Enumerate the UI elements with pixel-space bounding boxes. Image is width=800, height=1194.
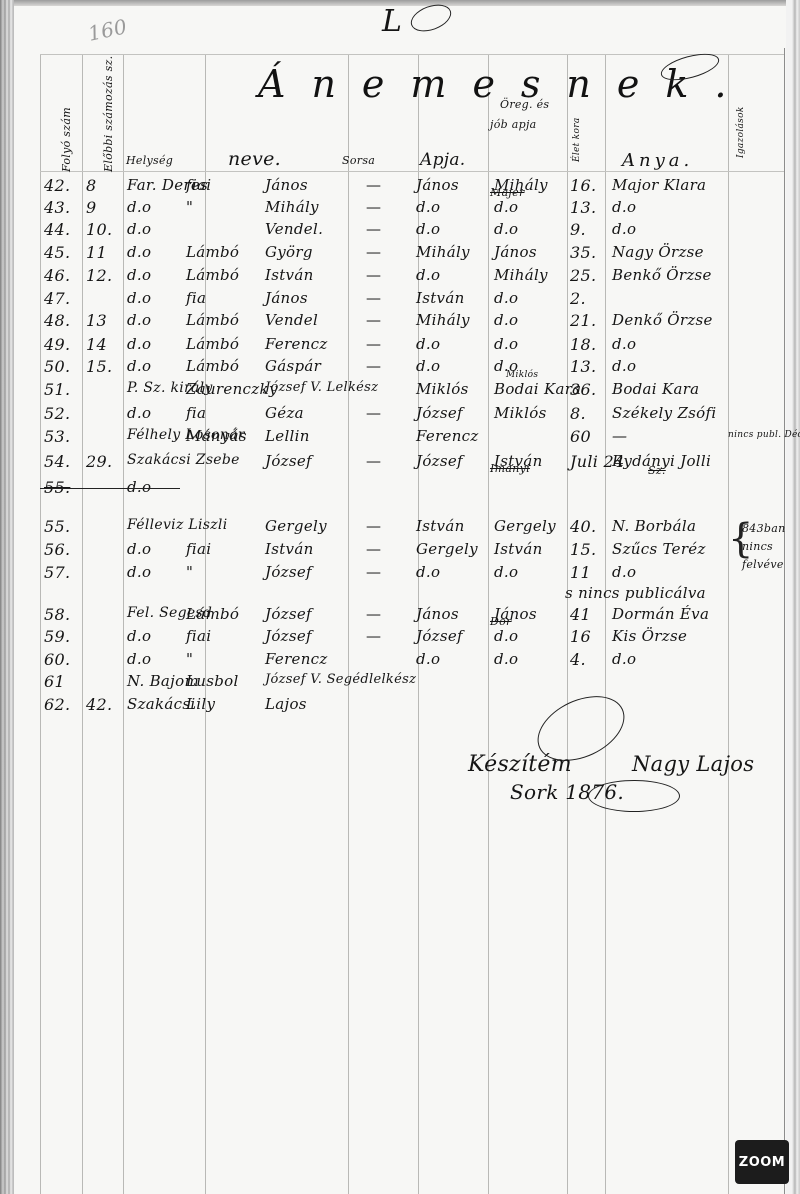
header-oreg-line2: jób apja	[490, 118, 537, 131]
rule-line	[123, 54, 124, 1194]
row-no: 60.	[44, 650, 70, 669]
row-place: d.o	[127, 357, 151, 375]
row-given: József	[265, 627, 312, 645]
row-apja: d.o	[416, 220, 440, 238]
row-given: István	[265, 540, 314, 558]
rule-line	[488, 54, 489, 1194]
margin-note-843-2: nincs	[742, 540, 773, 553]
row-apja: József	[416, 452, 463, 470]
row-sorsa: —	[366, 335, 381, 353]
row-prev: 8	[86, 176, 96, 195]
row-prev: 13	[86, 311, 107, 330]
rule-line	[205, 54, 206, 1194]
row-place: d.o	[127, 563, 151, 581]
row-age: 40.	[570, 517, 596, 536]
row-rel: Zaurenczky	[186, 380, 278, 398]
row-given: Géza	[265, 404, 304, 422]
row-oreg: d.o	[494, 627, 518, 645]
header-elobbi-szam: Előbbi számozás sz.	[102, 56, 115, 172]
row-oreg: d.o	[494, 311, 518, 329]
row-prev: 12.	[86, 266, 112, 285]
row-age: 16.	[570, 176, 596, 195]
header-oreg-line1: Öreg. és	[500, 98, 549, 111]
row-sorsa: —	[366, 266, 381, 284]
row-place: d.o	[127, 335, 151, 353]
row-sorsa: —	[366, 311, 381, 329]
row-oreg: d.o	[494, 563, 518, 581]
margin-note-843-3: felvéve	[742, 558, 784, 571]
row-rel: fia	[186, 404, 206, 422]
row-rel: "	[186, 198, 193, 216]
row-place: d.o	[127, 650, 151, 668]
row-apja: Mihály	[416, 243, 470, 261]
row-rel: "	[186, 563, 193, 581]
row-given: József V. Segédlelkész	[265, 672, 416, 687]
row-age: 15.	[570, 540, 596, 559]
row-sorsa: —	[366, 517, 381, 535]
signature-kesziteм: Készítém	[468, 752, 572, 777]
row-rel: Lámbó	[186, 357, 239, 375]
row-no: 57.	[44, 563, 70, 582]
row-margin-note: nincs publ. Dédről	[728, 430, 800, 440]
row-place: d.o	[127, 266, 151, 284]
row-sorsa: —	[366, 357, 381, 375]
row-sorsa: —	[366, 404, 381, 422]
margin-note-843-1: 843ban	[742, 522, 785, 535]
row-age: 2.	[570, 289, 586, 308]
row-rel: fia	[186, 289, 206, 307]
row-anya: Szűcs Teréz	[612, 540, 706, 558]
row-no: 43.	[44, 198, 70, 217]
book-binding	[0, 0, 14, 1194]
row-given: Gergely	[265, 517, 327, 535]
row-anya: Székely Zsófi	[612, 404, 716, 422]
row-oreg: Gergely	[494, 517, 556, 535]
row-no: 53.	[44, 427, 70, 446]
row-anya: Dormán Éva	[612, 605, 709, 623]
row-apja: d.o	[416, 563, 440, 581]
row-no: 42.	[44, 176, 70, 195]
row-apja: Mihály	[416, 311, 470, 329]
row-apja: Ferencz	[416, 427, 479, 445]
row-rel: Lusbol	[186, 672, 239, 690]
row-oreg: d.o	[494, 198, 518, 216]
row-place: Félleviz Liszli	[127, 517, 227, 533]
row-apja: István	[416, 289, 465, 307]
row-oreg: István	[494, 540, 543, 558]
top-flourish-letter: L	[382, 4, 402, 39]
row-anya: d.o	[612, 357, 636, 375]
row-sorsa: —	[366, 563, 381, 581]
row-anya: d.o	[612, 650, 636, 668]
row-apja: János	[416, 605, 459, 623]
row-apja: József	[416, 627, 463, 645]
row-given: Ferencz	[265, 335, 328, 353]
row-age: 60	[570, 427, 591, 446]
row-place: d.o	[127, 289, 151, 307]
row-age: 4.	[570, 650, 586, 669]
row-prev: 42.	[86, 695, 112, 714]
row-rel: Lámbó	[186, 266, 239, 284]
row-rel: Mányás	[186, 427, 247, 445]
row-sorsa: —	[366, 176, 381, 194]
row-age: 8.	[570, 404, 586, 423]
row-given: János	[265, 289, 308, 307]
row-given: József	[265, 605, 312, 623]
row-given: József	[265, 452, 312, 470]
row-anya: d.o	[612, 335, 636, 353]
row-sorsa: —	[366, 452, 381, 470]
row-rel: Lámbó	[186, 605, 239, 623]
rule-line	[567, 54, 568, 1194]
row-place: d.o	[127, 540, 151, 558]
row-apja: d.o	[416, 335, 440, 353]
row-sorsa: —	[366, 220, 381, 238]
row-given: Mihály	[265, 198, 319, 216]
row-rel: Lily	[186, 695, 215, 713]
strike-line	[40, 488, 180, 489]
row-sorsa: —	[366, 605, 381, 623]
row-place: d.o	[127, 198, 151, 216]
row-no: 62.	[44, 695, 70, 714]
row-anya: d.o	[612, 220, 636, 238]
header-eletkora: Élet kora	[572, 118, 582, 163]
row-no: 51.	[44, 380, 70, 399]
row-apja: Gergely	[416, 540, 478, 558]
row-no: 56.	[44, 540, 70, 559]
row-apja: d.o	[416, 198, 440, 216]
page-edge	[786, 0, 800, 1194]
row-sorsa: —	[366, 289, 381, 307]
row-place: d.o	[127, 243, 151, 261]
margin-note-not-published: s nincs publicálva	[565, 584, 706, 602]
row-given: Györg	[265, 243, 313, 261]
row-anya: Kis Örzse	[612, 627, 687, 645]
row-given: József V. Lelkész	[265, 380, 378, 395]
header-anya: Anya.	[622, 150, 693, 171]
row-no: 49.	[44, 335, 70, 354]
row-age: 41	[570, 605, 591, 624]
rule-line	[40, 171, 784, 172]
row-given: István	[265, 266, 314, 284]
row-no: 52.	[44, 404, 70, 423]
row-anya: Bodai Kara	[612, 380, 699, 398]
rule-line	[784, 48, 785, 1194]
header-igazolasok: Igazolások	[736, 106, 746, 158]
row-given: Gáspár	[265, 357, 321, 375]
row-oreg: d.o	[494, 335, 518, 353]
row-no: 55.	[44, 517, 70, 536]
zoom-label: ZOOM	[739, 1155, 785, 1170]
row-oreg: Mihály	[494, 266, 548, 284]
row-given: Ferencz	[265, 650, 328, 668]
header-sorsa: Sorsa	[342, 154, 375, 167]
row-place: d.o	[127, 220, 151, 238]
rule-line	[40, 54, 784, 55]
row-oreg: d.o	[494, 289, 518, 307]
rule-line	[728, 54, 729, 1194]
row-age: 18.	[570, 335, 596, 354]
row-rel: fiai	[186, 540, 211, 558]
row-place: d.o	[127, 311, 151, 329]
row-rel: fiai	[186, 176, 211, 194]
row-anya: N. Borbála	[612, 517, 696, 535]
rule-line	[605, 54, 606, 1194]
row-apja: d.o	[416, 266, 440, 284]
row-apja: János	[416, 176, 459, 194]
row-no: 46.	[44, 266, 70, 285]
row-place: d.o	[127, 478, 151, 496]
row-age: 16	[570, 627, 591, 646]
row-oreg-above: Miklós	[506, 370, 538, 380]
row-apja: d.o	[416, 357, 440, 375]
row-anya: Major Klara	[612, 176, 706, 194]
row-given: Vendel	[265, 311, 318, 329]
row-given: József	[265, 563, 312, 581]
row-sorsa: —	[366, 627, 381, 645]
row-prev: 10.	[86, 220, 112, 239]
header-neve: neve.	[228, 148, 281, 170]
row-anya: —	[612, 427, 627, 445]
row-prev: 11	[86, 243, 107, 262]
date-flourish	[588, 780, 680, 812]
row-age: 36.	[570, 380, 596, 399]
row-apja: István	[416, 517, 465, 535]
row-oreg: Miklós	[494, 404, 547, 422]
row-prev: 14	[86, 335, 107, 354]
row-age: 25.	[570, 266, 596, 285]
row-no: 45.	[44, 243, 70, 262]
row-anya: d.o	[612, 198, 636, 216]
row-place: Szakácsi Zsebe	[127, 452, 240, 468]
row-no: 61	[44, 672, 65, 691]
row-age: 13.	[570, 198, 596, 217]
rule-line	[40, 54, 41, 1194]
row-apja: d.o	[416, 650, 440, 668]
row-oreg-struck: Imányi	[490, 462, 530, 475]
row-anya-struck: Sz.	[648, 464, 666, 477]
rule-line	[82, 54, 83, 1194]
row-no: 48.	[44, 311, 70, 330]
row-oreg: Bodai Kara	[494, 380, 581, 398]
row-prev: 15.	[86, 357, 112, 376]
row-sorsa: —	[366, 540, 381, 558]
row-no: 54.	[44, 452, 70, 471]
row-apja: József	[416, 404, 463, 422]
zoom-watermark-logo: ZOOM	[735, 1140, 789, 1184]
row-no: 50.	[44, 357, 70, 376]
row-oreg: János	[494, 243, 537, 261]
row-anya: Benkő Örzse	[612, 266, 712, 284]
row-oreg: d.o	[494, 650, 518, 668]
row-prev: 29.	[86, 452, 112, 471]
row-rel: fiai	[186, 627, 211, 645]
row-apja: Miklós	[416, 380, 469, 398]
signature-name: Nagy Lajos	[632, 752, 754, 776]
row-sorsa: —	[366, 243, 381, 261]
row-anya: d.o	[612, 563, 636, 581]
header-helyseg: Helység	[126, 154, 173, 167]
row-no: 47.	[44, 289, 70, 308]
row-age: 13.	[570, 357, 596, 376]
row-no: 44.	[44, 220, 70, 239]
row-given: Lellin	[265, 427, 310, 445]
row-no: 58.	[44, 605, 70, 624]
header-apja: Apja.	[420, 150, 465, 170]
row-oreg: d.o	[494, 220, 518, 238]
row-rel: Lámbó	[186, 311, 239, 329]
header-folyo-szam: Folyó szám	[60, 107, 73, 172]
rule-line	[348, 54, 349, 1194]
row-anya: Denkő Örzse	[612, 311, 713, 329]
row-place: d.o	[127, 404, 151, 422]
row-rel: "	[186, 650, 193, 668]
row-place: d.o	[127, 627, 151, 645]
row-age: 11	[570, 563, 591, 582]
row-age: 21.	[570, 311, 596, 330]
row-age: 9.	[570, 220, 586, 239]
row-rel: Lámbó	[186, 335, 239, 353]
row-given: János	[265, 176, 308, 194]
row-given: Lajos	[265, 695, 307, 713]
row-anya: Nagy Örzse	[612, 243, 704, 261]
row-rel: Lámbó	[186, 243, 239, 261]
row-sorsa: —	[366, 198, 381, 216]
row-no: 59.	[44, 627, 70, 646]
row-given: Vendel.	[265, 220, 323, 238]
row-prev: 9	[86, 198, 96, 217]
row-age: 35.	[570, 243, 596, 262]
